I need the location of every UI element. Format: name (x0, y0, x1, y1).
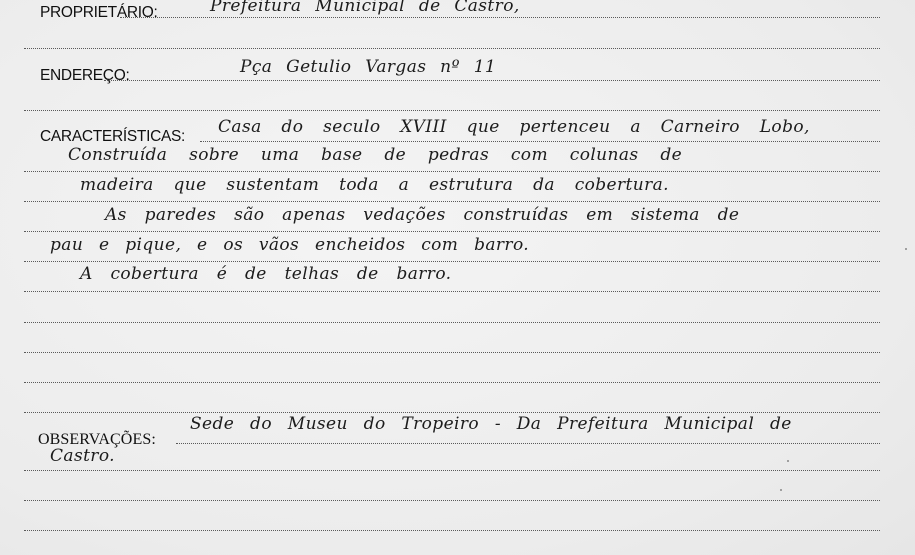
caracteristicas-line-5: pau e pique, e os vãos encheidos com bar… (50, 235, 529, 255)
rule-line (176, 443, 880, 444)
caracteristicas-line-2: Construída sobre uma base de pedras com … (68, 145, 682, 165)
rule-line (24, 322, 880, 323)
label-proprietario: PROPRIETÁRIO: (40, 4, 158, 22)
rule-line (24, 500, 880, 501)
observacoes-line-1: Sede do Museu do Tropeiro - Da Prefeitur… (190, 414, 792, 434)
observacoes-line-2: Castro. (50, 446, 115, 466)
rule-line (104, 80, 880, 81)
rule-line (24, 48, 880, 49)
rule-line (200, 141, 880, 142)
rule-line (24, 352, 880, 353)
label-endereco: ENDEREÇO: (40, 67, 129, 85)
rule-line (24, 412, 880, 413)
rule-line (24, 231, 880, 232)
caracteristicas-line-1: Casa do seculo XVIII que pertenceu a Car… (218, 117, 810, 137)
scan-speck (905, 248, 907, 250)
endereco-value: Pça Getulio Vargas nº 11 (240, 57, 496, 77)
proprietario-value: Prefeitura Municipal de Castro, (210, 0, 520, 16)
scan-speck (787, 460, 789, 462)
label-caracteristicas: CARACTERÍSTICAS: (40, 128, 185, 146)
rule-line (24, 110, 880, 111)
form-page: PROPRIETÁRIO: ENDEREÇO: CARACTERÍSTICAS:… (0, 0, 915, 555)
rule-line (24, 530, 880, 531)
rule-line (120, 17, 880, 18)
caracteristicas-line-4: As paredes são apenas vedações construíd… (105, 205, 739, 225)
rule-line (24, 261, 880, 262)
caracteristicas-line-6: A cobertura é de telhas de barro. (80, 264, 451, 284)
rule-line (24, 382, 880, 383)
caracteristicas-line-3: madeira que sustentam toda a estrutura d… (80, 175, 669, 195)
rule-line (24, 201, 880, 202)
rule-line (24, 470, 880, 471)
rule-line (24, 291, 880, 292)
rule-line (24, 171, 880, 172)
scan-speck (780, 489, 782, 491)
